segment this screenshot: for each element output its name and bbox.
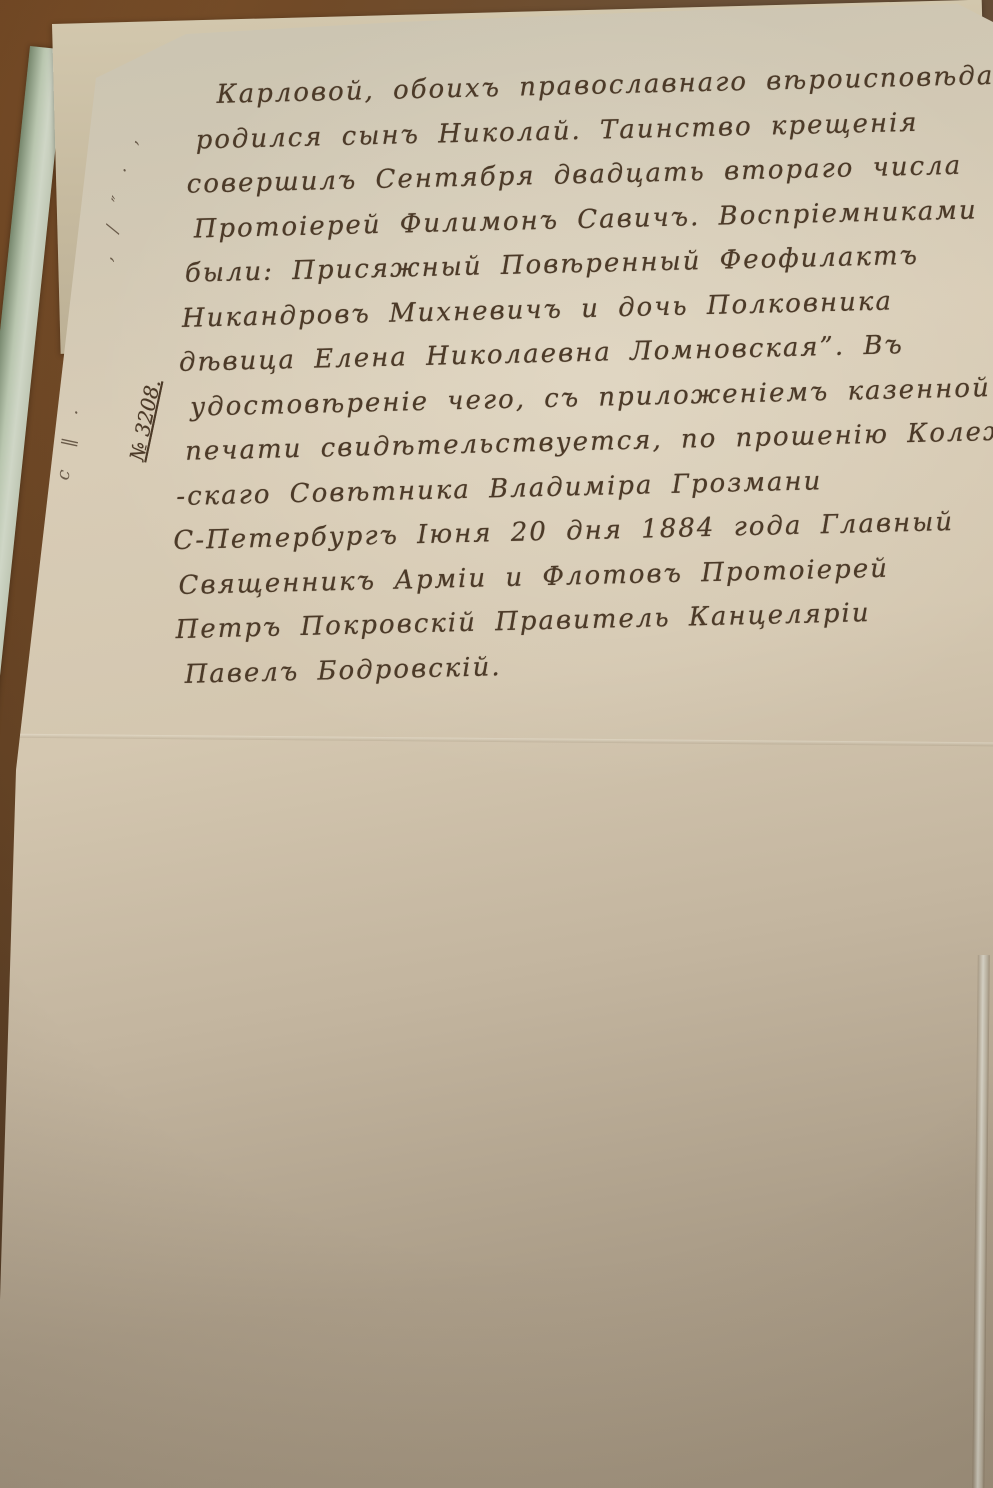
handwritten-text: Карловой, обоихъ православнаго вѣроиспов… xyxy=(172,54,993,697)
archival-document-photo: ‚ ∕ ″ · ‚ с ∥ · № 3208. Карловой, обоихъ… xyxy=(0,0,993,1488)
page-crease-line xyxy=(0,734,993,747)
page-right-edge-fold xyxy=(972,955,990,1488)
